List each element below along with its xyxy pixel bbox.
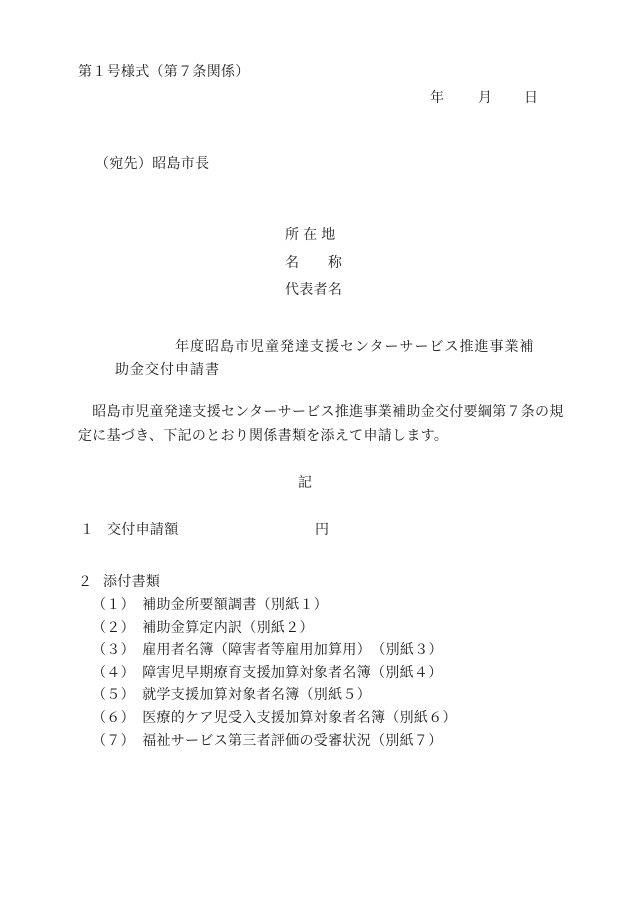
attachment-item: （２） 補助金算定内訳（別紙２） bbox=[92, 621, 314, 637]
item2-number: ２ bbox=[78, 575, 92, 591]
date-month-label: 月 bbox=[478, 91, 492, 107]
attachment-item: （６） 医療的ケア児受入支援加算対象者名簿（別紙６） bbox=[92, 711, 457, 727]
document-page: 第１号様式（第７条関係） 年 月 日 （宛先）昭島市長 所 在 地 名 称 代表… bbox=[0, 0, 630, 903]
item1-label: 交付申請額 bbox=[107, 523, 179, 539]
attachment-item: （１） 補助金所要額調書（別紙１） bbox=[92, 598, 328, 614]
attachment-item: （３） 雇用者名簿（障害者等雇用加算用） （別紙３） bbox=[92, 643, 443, 659]
item-attached-documents: ２ 添付書類 bbox=[0, 575, 630, 591]
applicant-name-label: 名 称 bbox=[285, 256, 342, 272]
document-title-line1: 年度昭島市児童発達支援センターサービス推進事業補 bbox=[175, 340, 534, 356]
item1-number: １ bbox=[80, 523, 94, 539]
form-number: 第１号様式（第７条関係） bbox=[78, 65, 250, 81]
date-year-label: 年 bbox=[430, 91, 444, 107]
addressee: （宛先）昭島市長 bbox=[95, 157, 209, 173]
record-marker: 記 bbox=[298, 476, 312, 492]
applicant-address-label: 所 在 地 bbox=[285, 228, 336, 244]
attachment-item: （４） 障害児早期療育支援加算対象者名簿（別紙４） bbox=[92, 666, 443, 682]
item1-unit-yen: 円 bbox=[315, 523, 329, 539]
item2-label: 添付書類 bbox=[103, 575, 160, 591]
body-paragraph-line2: 定に基づき、下記のとおり関係書類を添えて申請します。 bbox=[78, 429, 448, 445]
document-title-line2: 助金交付申請書 bbox=[115, 363, 220, 379]
date-day-label: 日 bbox=[524, 91, 538, 107]
body-paragraph-line1: 昭島市児童発達支援センターサービス推進事業補助金交付要綱第７条の規 bbox=[78, 405, 564, 421]
item-application-amount: １ 交付申請額 円 bbox=[0, 523, 630, 539]
attachment-item: （５） 就学支援加算対象者名簿（別紙５） bbox=[92, 688, 371, 704]
applicant-representative-label: 代表者名 bbox=[285, 283, 342, 299]
attachment-item: （７） 福祉サービス第三者評価の受審状況（別紙７） bbox=[92, 734, 443, 750]
date-line: 年 月 日 bbox=[0, 91, 630, 107]
